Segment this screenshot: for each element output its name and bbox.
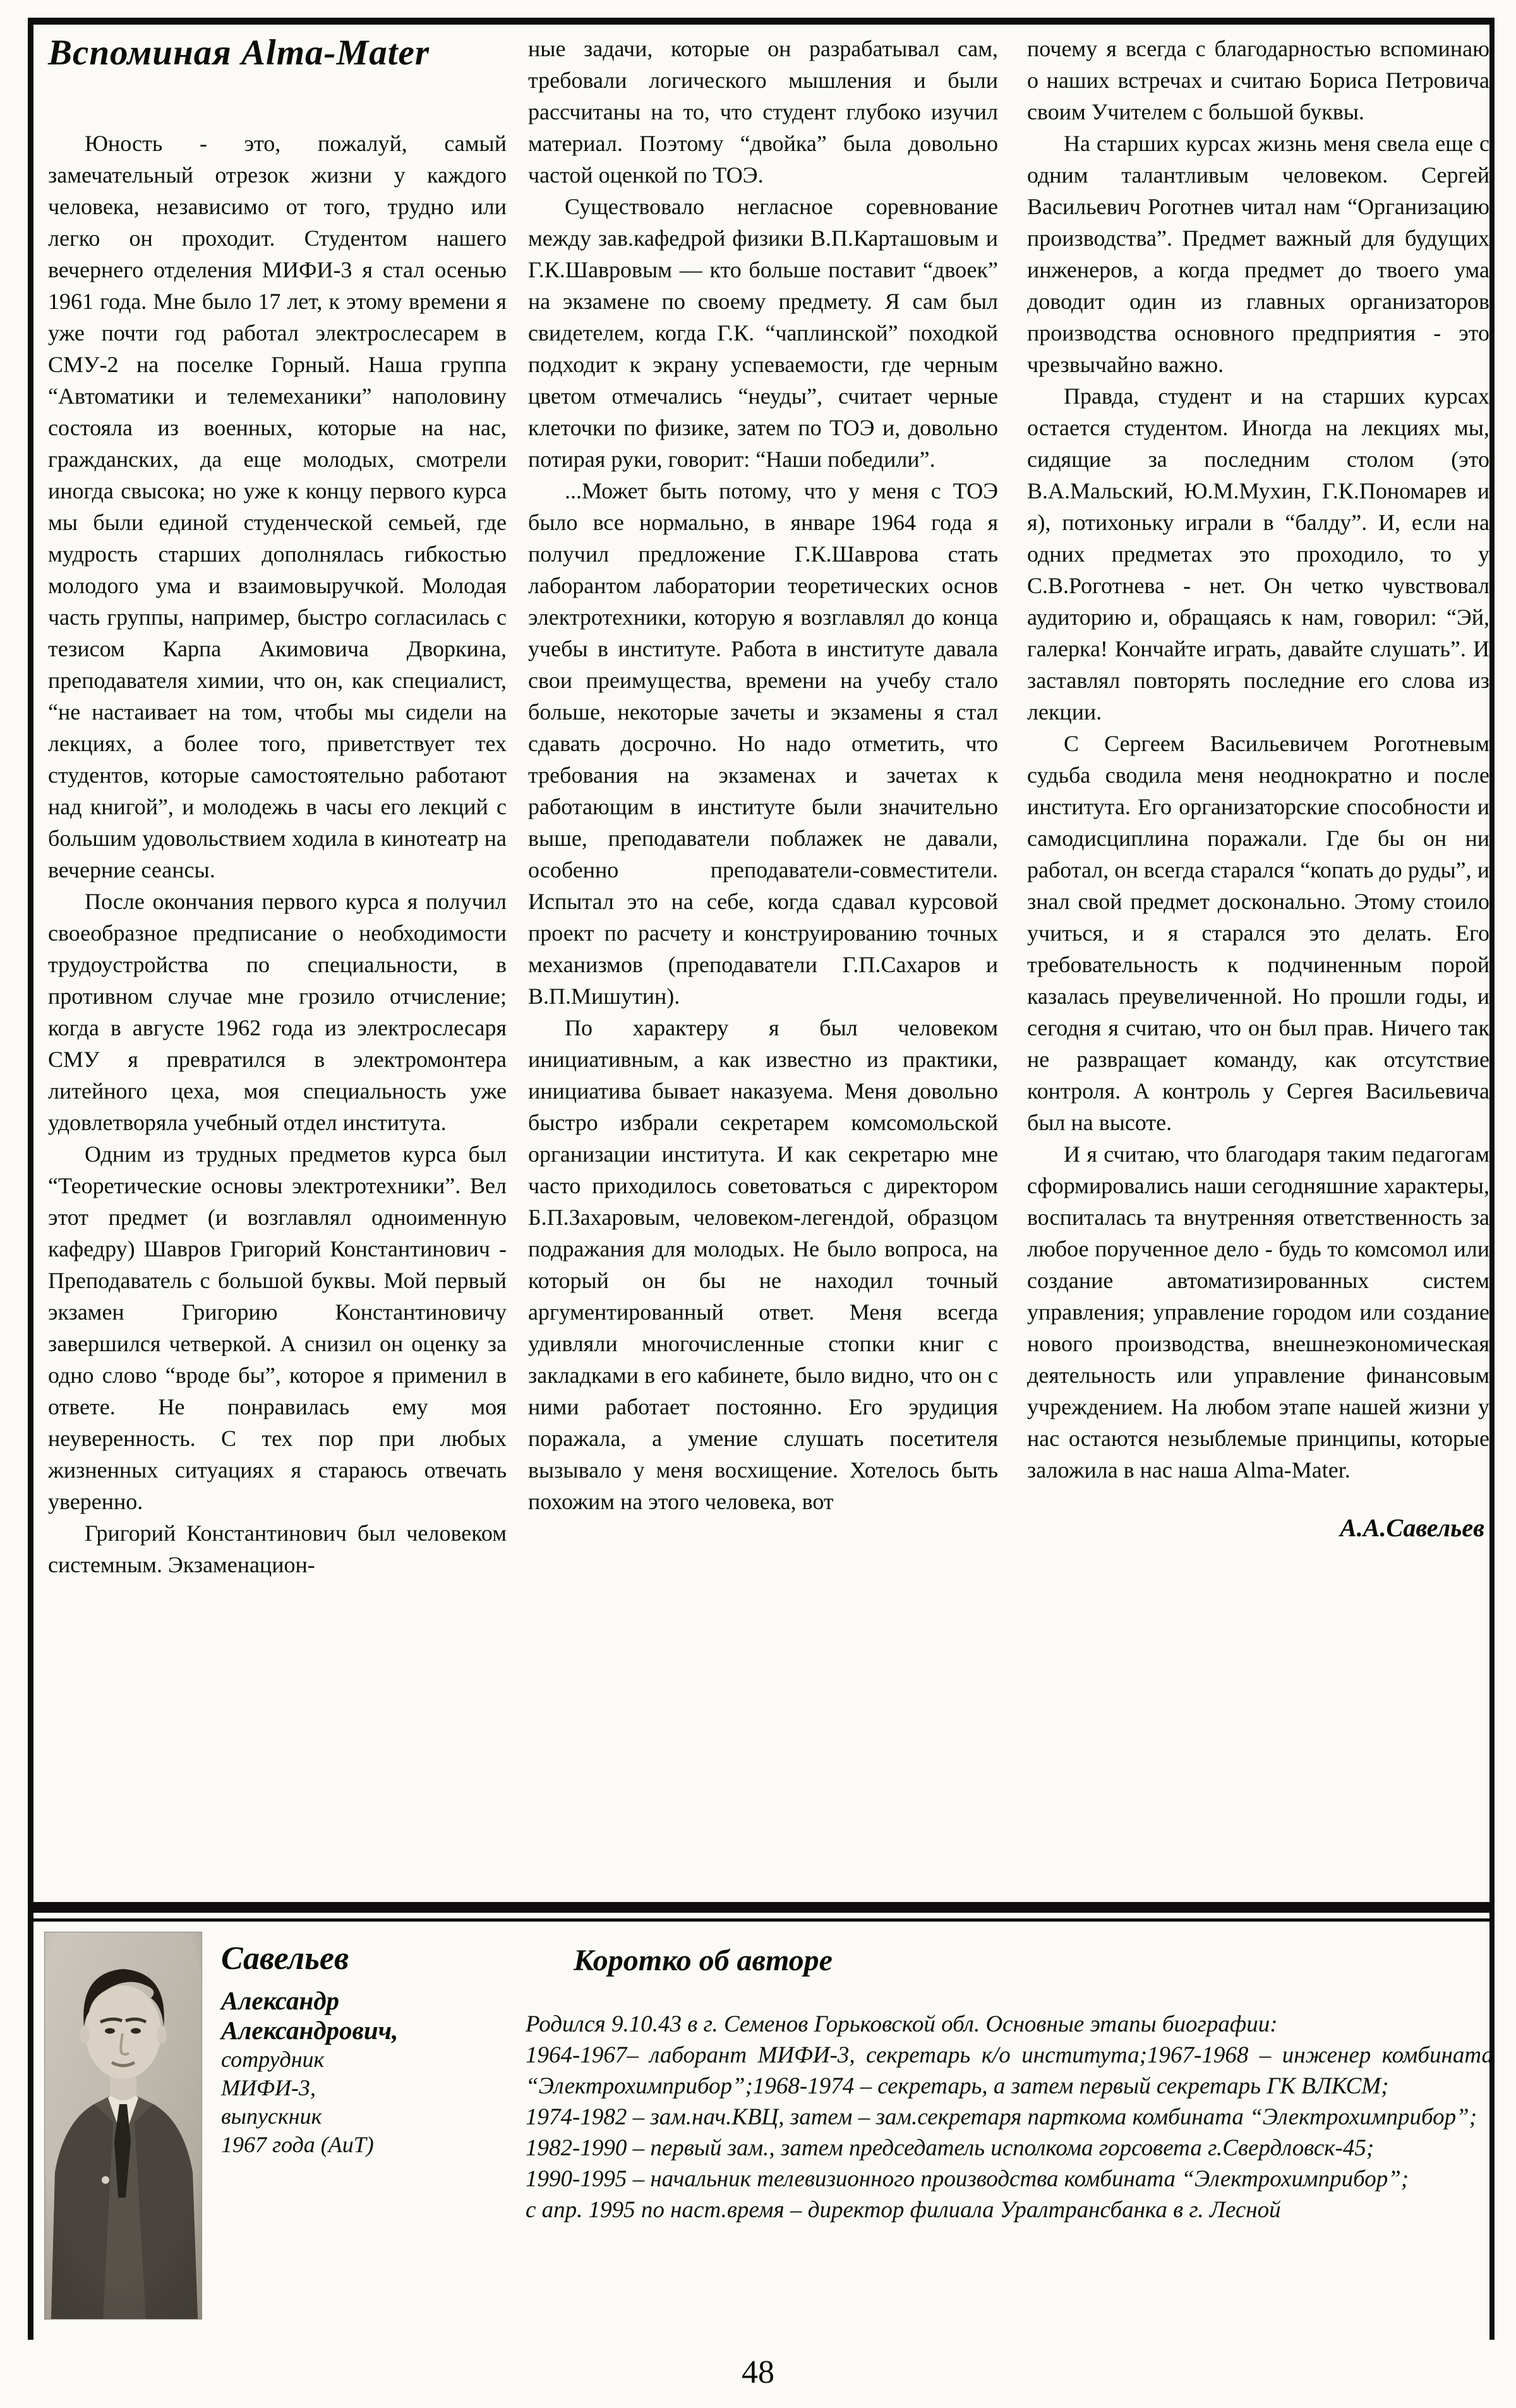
author-bio: Родился 9.10.43 в г. Семенов Горьковской… — [526, 2009, 1493, 2225]
paragraph: Правда, студент и на старших курсах оста… — [1027, 380, 1489, 728]
paragraph: По характеру я был человеком инициативны… — [528, 1012, 998, 1517]
column-2-text: ные задачи, которые он разрабатывал сам,… — [528, 33, 998, 1517]
paragraph: Юность - это, пожалуй, самый замечательн… — [48, 128, 507, 886]
paragraph: С Сергеем Васильевичем Роготневым судьба… — [1027, 728, 1489, 1138]
column-3-text: почему я всегда с благодарностью вспомин… — [1027, 33, 1489, 1486]
paragraph: 1964-1967– лаборант МИФИ-3, секретарь к/… — [526, 2040, 1493, 2102]
article-column-3: почему я всегда с благодарностью вспомин… — [1027, 33, 1489, 1544]
divider-thin-rule — [33, 1918, 1489, 1922]
paragraph: Существовало негласное соревнование межд… — [528, 191, 998, 475]
paragraph: Александрович, — [221, 2016, 518, 2045]
paragraph: сотрудник — [221, 2045, 518, 2074]
paragraph: 1982-1990 – первый зам., затем председат… — [526, 2133, 1493, 2164]
paragraph: с апр. 1995 по наст.время – директор фил… — [526, 2194, 1493, 2225]
paragraph: МИФИ-3, — [221, 2074, 518, 2102]
paragraph: 1990-1995 – начальник телевизионного про… — [526, 2164, 1493, 2194]
article-title: Вспоминая Alma-Mater — [48, 33, 507, 73]
paragraph: выпускник — [221, 2102, 518, 2131]
article-column-2: ные задачи, которые он разрабатывал сам,… — [528, 33, 998, 1517]
author-detail-lines: сотрудникМИФИ-3,выпускник1967 года (АиТ) — [221, 2045, 518, 2159]
paragraph: Григорий Константинович был человеком си… — [48, 1517, 507, 1580]
page-number: 48 — [0, 2354, 1516, 2392]
author-name-lines: АлександрАлександрович, — [221, 1986, 518, 2045]
paragraph: 1967 года (АиТ) — [221, 2131, 518, 2159]
paragraph: И я считаю, что благодаря таким педагога… — [1027, 1138, 1489, 1486]
paragraph: ные задачи, которые он разрабатывал сам,… — [528, 33, 998, 191]
paragraph: почему я всегда с благодарностью вспомин… — [1027, 33, 1489, 128]
scanned-page: Вспоминая Alma-Mater Юность - это, пожал… — [0, 0, 1516, 2408]
section-divider — [33, 1902, 1489, 1922]
paragraph: На старших курсах жизнь меня свела еще с… — [1027, 128, 1489, 380]
paragraph: ...Может быть потому, что у меня с ТОЭ б… — [528, 475, 998, 1012]
paragraph: После окончания первого курса я получил … — [48, 886, 507, 1138]
paragraph: 1974-1982 – зам.нач.КВЦ, затем – зам.сек… — [526, 2102, 1493, 2133]
author-surname: Савельев — [221, 1941, 518, 1977]
divider-thick-rule — [33, 1902, 1489, 1913]
paragraph: Александр — [221, 1986, 518, 2016]
author-signature: А.А.Савельев — [1027, 1512, 1489, 1544]
column-1-text: Юность - это, пожалуй, самый замечательн… — [48, 128, 507, 1580]
article-column-1: Вспоминая Alma-Mater Юность - это, пожал… — [48, 33, 507, 1580]
author-photo — [44, 1932, 202, 2320]
paragraph: Родился 9.10.43 в г. Семенов Горьковской… — [526, 2009, 1493, 2040]
author-caption: Савельев АлександрАлександрович, сотрудн… — [221, 1941, 518, 2159]
paragraph: Одним из трудных предметов курса был “Те… — [48, 1138, 507, 1517]
about-author-heading: Коротко об авторе — [574, 1943, 833, 1978]
